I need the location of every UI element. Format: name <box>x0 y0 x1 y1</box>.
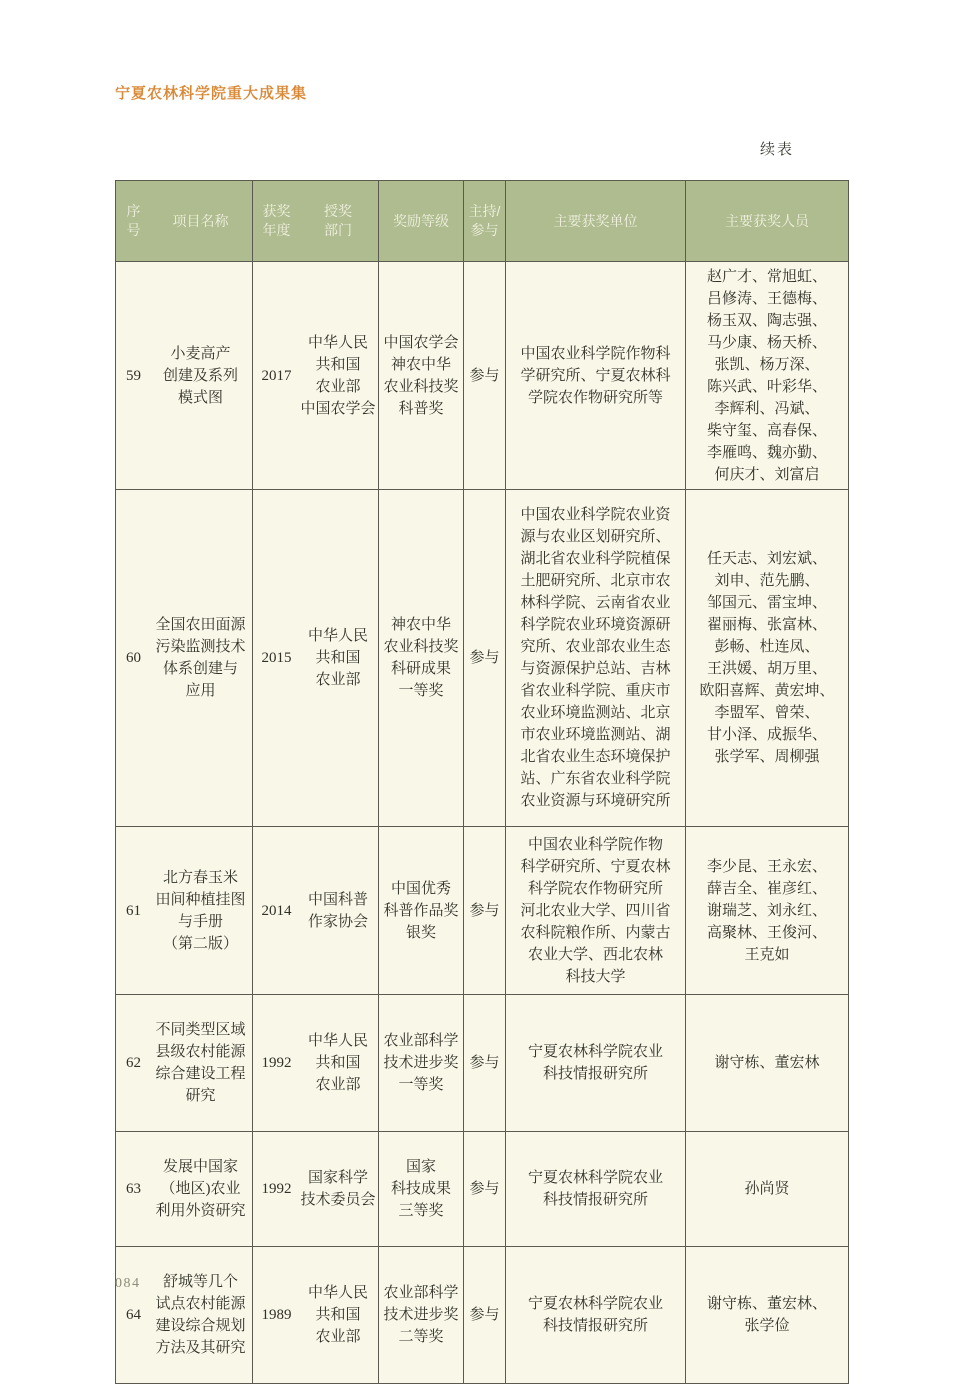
cell-year-department: 1992 国家科学 技术委员会 <box>253 1132 379 1247</box>
cell-no: 59 <box>117 365 150 387</box>
cell-people: 赵广才、常旭虹、 吕修涛、王德梅、 杨玉双、陶志强、 马少康、杨天桥、 张凯、杨… <box>686 262 849 490</box>
cell-no-project: 60 全国农田面源 污染监测技术 体系创建与 应用 <box>116 490 253 827</box>
col-header-project: 项目名称 <box>150 212 251 231</box>
col-header-no: 序 号 <box>117 202 150 240</box>
table-row: 62 不同类型区域 县级农村能源 综合建设工程 研究 1992 中华人民 共和国… <box>116 995 849 1132</box>
cell-year-department: 1989 中华人民 共和国 农业部 <box>253 1247 379 1384</box>
awards-table: 序 号 项目名称 获奖 年度 授奖 部门 奖励等级 主持/ 参与 主要获奖单位 … <box>115 180 849 1384</box>
cell-project: 发展中国家 （地区)农业 利用外资研究 <box>150 1156 251 1222</box>
cell-no: 61 <box>117 900 150 922</box>
cell-department: 国家科学 技术委员会 <box>299 1167 377 1211</box>
col-header-year-department: 获奖 年度 授奖 部门 <box>253 181 379 262</box>
cell-units: 中国农业科学院作物科 学研究所、宁夏农林科 学院农作物研究所等 <box>506 262 686 490</box>
cell-role: 参与 <box>464 827 506 995</box>
cell-people: 李少昆、王永宏、 薛吉全、崔彦红、 谢瑞芝、刘永红、 高聚林、王俊河、 王克如 <box>686 827 849 995</box>
cell-people: 谢守栋、董宏林、 张学俭 <box>686 1247 849 1384</box>
cell-level: 中国优秀 科普作品奖 银奖 <box>379 827 464 995</box>
cell-project: 全国农田面源 污染监测技术 体系创建与 应用 <box>150 614 251 702</box>
cell-level: 国家 科技成果 三等奖 <box>379 1132 464 1247</box>
cell-project: 舒城等几个 试点农村能源 建设综合规划 方法及其研究 <box>150 1271 251 1359</box>
book-title: 宁夏农林科学院重大成果集 <box>115 82 307 103</box>
table-row: 60 全国农田面源 污染监测技术 体系创建与 应用 2015 中华人民 共和国 … <box>116 490 849 827</box>
cell-year-department: 2017 中华人民 共和国 农业部 中国农学会 <box>253 262 379 490</box>
cell-no-project: 62 不同类型区域 县级农村能源 综合建设工程 研究 <box>116 995 253 1132</box>
cell-role: 参与 <box>464 1132 506 1247</box>
cell-project: 小麦高产 创建及系列 模式图 <box>150 343 251 409</box>
cell-people: 任天志、刘宏斌、 刘申、范先鹏、 邹国元、雷宝坤、 翟丽梅、张富林、 彭畅、杜连… <box>686 490 849 827</box>
cell-units: 中国农业科学院作物 科学研究所、宁夏农林 科学院农作物研究所 河北农业大学、四川… <box>506 827 686 995</box>
cell-no-project: 63 发展中国家 （地区)农业 利用外资研究 <box>116 1132 253 1247</box>
cell-no-project: 61 北方春玉米 田间种植挂图 与手册 （第二版） <box>116 827 253 995</box>
cell-role: 参与 <box>464 995 506 1132</box>
cell-units: 宁夏农林科学院农业 科技情报研究所 <box>506 1132 686 1247</box>
cell-year: 2014 <box>254 900 299 922</box>
cell-no: 64 <box>117 1304 150 1326</box>
cell-project: 不同类型区域 县级农村能源 综合建设工程 研究 <box>150 1019 251 1107</box>
continued-table-label: 续表 <box>760 138 794 159</box>
cell-year-department: 1992 中华人民 共和国 农业部 <box>253 995 379 1132</box>
col-header-no-project: 序 号 项目名称 <box>116 181 253 262</box>
cell-year-department: 2014 中国科普 作家协会 <box>253 827 379 995</box>
cell-department: 中华人民 共和国 农业部 <box>299 625 377 691</box>
cell-department: 中国科普 作家协会 <box>299 889 377 933</box>
cell-no-project: 59 小麦高产 创建及系列 模式图 <box>116 262 253 490</box>
table-row: 63 发展中国家 （地区)农业 利用外资研究 1992 国家科学 技术委员会 国… <box>116 1132 849 1247</box>
cell-people: 孙尚贤 <box>686 1132 849 1247</box>
cell-project: 北方春玉米 田间种植挂图 与手册 （第二版） <box>150 867 251 955</box>
cell-level: 中国农学会 神农中华 农业科技奖 科普奖 <box>379 262 464 490</box>
cell-role: 参与 <box>464 1247 506 1384</box>
page-number: 084 <box>115 1276 141 1292</box>
col-header-year: 获奖 年度 <box>254 202 299 240</box>
cell-people: 谢守栋、董宏林 <box>686 995 849 1132</box>
cell-no-project: 64 舒城等几个 试点农村能源 建设综合规划 方法及其研究 <box>116 1247 253 1384</box>
cell-units: 宁夏农林科学院农业 科技情报研究所 <box>506 995 686 1132</box>
col-header-level: 奖励等级 <box>379 181 464 262</box>
col-header-units: 主要获奖单位 <box>506 181 686 262</box>
cell-year: 2017 <box>254 365 299 387</box>
cell-year: 1989 <box>254 1304 299 1326</box>
cell-department: 中华人民 共和国 农业部 <box>299 1030 377 1096</box>
cell-level: 农业部科学 技术进步奖 二等奖 <box>379 1247 464 1384</box>
cell-no: 63 <box>117 1178 150 1200</box>
cell-units: 宁夏农林科学院农业 科技情报研究所 <box>506 1247 686 1384</box>
col-header-people: 主要获奖人员 <box>686 181 849 262</box>
cell-year: 1992 <box>254 1178 299 1200</box>
table-row: 59 小麦高产 创建及系列 模式图 2017 中华人民 共和国 农业部 中国农学… <box>116 262 849 490</box>
cell-year: 2015 <box>254 647 299 669</box>
cell-role: 参与 <box>464 490 506 827</box>
cell-role: 参与 <box>464 262 506 490</box>
cell-no: 60 <box>117 647 150 669</box>
cell-no: 62 <box>117 1052 150 1074</box>
cell-units: 中国农业科学院农业资 源与农业区划研究所、 湖北省农业科学院植保 土肥研究所、北… <box>506 490 686 827</box>
cell-level: 神农中华 农业科技奖 科研成果 一等奖 <box>379 490 464 827</box>
cell-department: 中华人民 共和国 农业部 <box>299 1282 377 1348</box>
table-row: 64 舒城等几个 试点农村能源 建设综合规划 方法及其研究 1989 中华人民 … <box>116 1247 849 1384</box>
cell-year: 1992 <box>254 1052 299 1074</box>
cell-department: 中华人民 共和国 农业部 中国农学会 <box>299 332 377 420</box>
cell-level: 农业部科学 技术进步奖 一等奖 <box>379 995 464 1132</box>
cell-year-department: 2015 中华人民 共和国 农业部 <box>253 490 379 827</box>
col-header-department: 授奖 部门 <box>299 202 377 240</box>
col-header-role: 主持/ 参与 <box>464 181 506 262</box>
header-row: 序 号 项目名称 获奖 年度 授奖 部门 奖励等级 主持/ 参与 主要获奖单位 … <box>116 181 849 262</box>
table-row: 61 北方春玉米 田间种植挂图 与手册 （第二版） 2014 中国科普 作家协会… <box>116 827 849 995</box>
